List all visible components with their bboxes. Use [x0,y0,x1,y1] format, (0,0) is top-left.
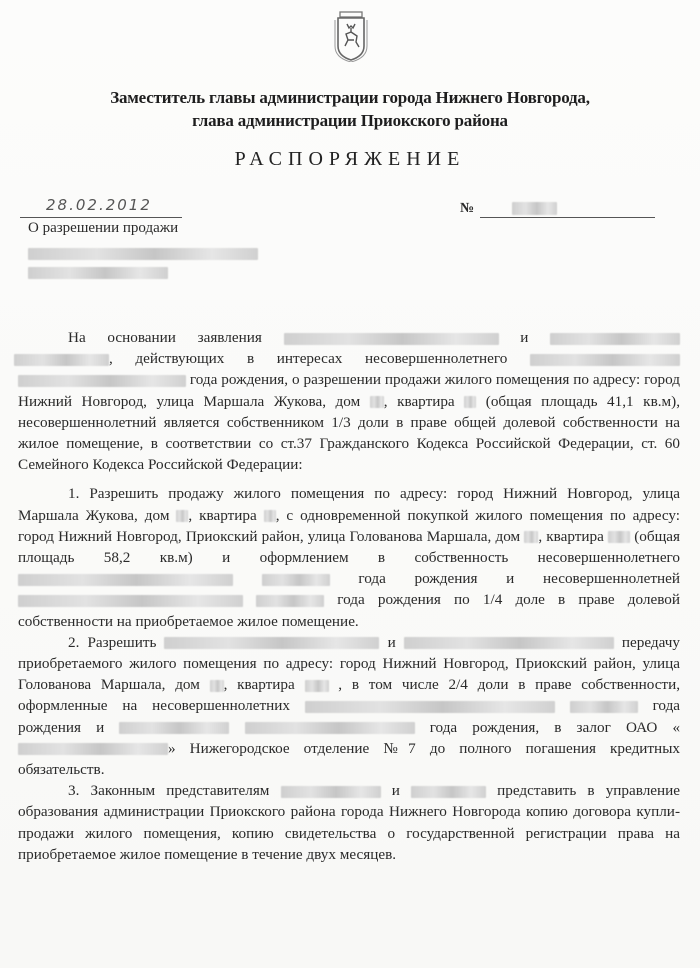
redacted-name [164,637,379,649]
redacted-name [404,637,614,649]
item-2-paragraph: 2. Разрешить и передачу приобретаемого ж… [18,632,680,780]
redacted-name [18,574,233,586]
redacted-house [370,396,384,408]
document-page: Заместитель главы администрации города Н… [0,0,700,968]
redacted-name [411,786,486,798]
coat-of-arms-icon [332,10,370,62]
redacted-name [305,701,555,713]
subject-line: О разрешении продажи [28,220,178,237]
redacted-subject-1 [28,245,258,263]
redacted-number [512,202,557,215]
number-label: № [460,201,474,217]
redacted-house [176,510,188,522]
redacted-apartment [264,510,276,522]
redacted-name [18,595,243,607]
document-body: На основании заявления и , действующих в… [18,327,680,865]
redacted-birthdate [570,701,638,713]
preamble-paragraph: На основании заявления и , действующих в… [18,327,680,475]
redacted-name [284,333,499,345]
redacted-name [281,786,381,798]
document-title: РАСПОРЯЖЕНИЕ [0,148,700,171]
redacted-birthdate [256,595,324,607]
redacted-name [119,722,229,734]
redacted-bank-name [18,743,168,755]
redacted-name [18,375,186,387]
item-3-paragraph: 3. Законным представителям и представить… [18,780,680,865]
redacted-house [210,680,224,692]
redacted-house [524,531,538,543]
redacted-name [245,722,415,734]
redacted-apartment [305,680,329,692]
redacted-apartment [608,531,630,543]
redacted-name [14,354,109,366]
redacted-subject-2 [28,264,168,282]
issuer-line-2: глава администрации Приокского района [0,111,700,131]
redacted-birthdate [262,574,330,586]
issuer-line-1: Заместитель главы администрации города Н… [0,88,700,108]
number-line [480,217,655,218]
document-date: 28.02.2012 [20,196,182,218]
redacted-apartment [464,396,476,408]
redacted-name [550,333,680,345]
item-1-paragraph: 1. Разрешить продажу жилого помещения по… [18,483,680,631]
redacted-name [530,354,680,366]
document-number: № [460,200,655,218]
